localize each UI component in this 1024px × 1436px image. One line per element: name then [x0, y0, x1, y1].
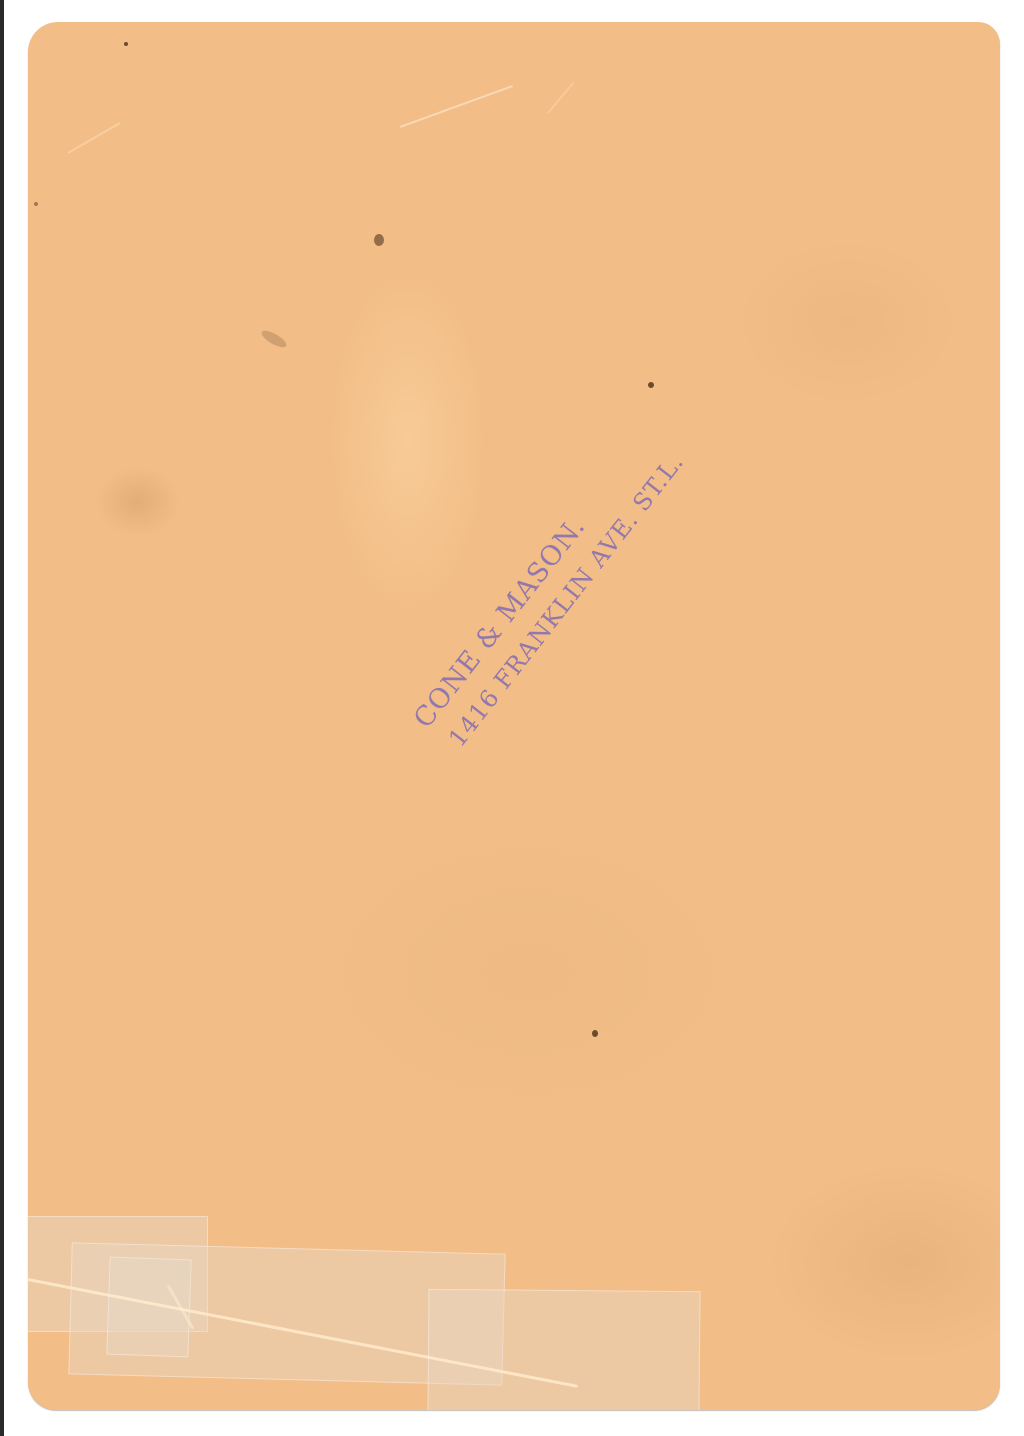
speck: [648, 382, 654, 388]
scratch: [400, 85, 513, 128]
speck: [124, 42, 128, 46]
cabinet-card-back: [28, 22, 1000, 1410]
speck: [34, 202, 38, 206]
tape-strip: [427, 1289, 700, 1410]
scan-border: [0, 0, 4, 1436]
stain: [259, 328, 288, 351]
scratch: [68, 122, 121, 154]
scratch: [547, 82, 574, 114]
stain: [374, 234, 384, 246]
speck: [592, 1030, 598, 1037]
